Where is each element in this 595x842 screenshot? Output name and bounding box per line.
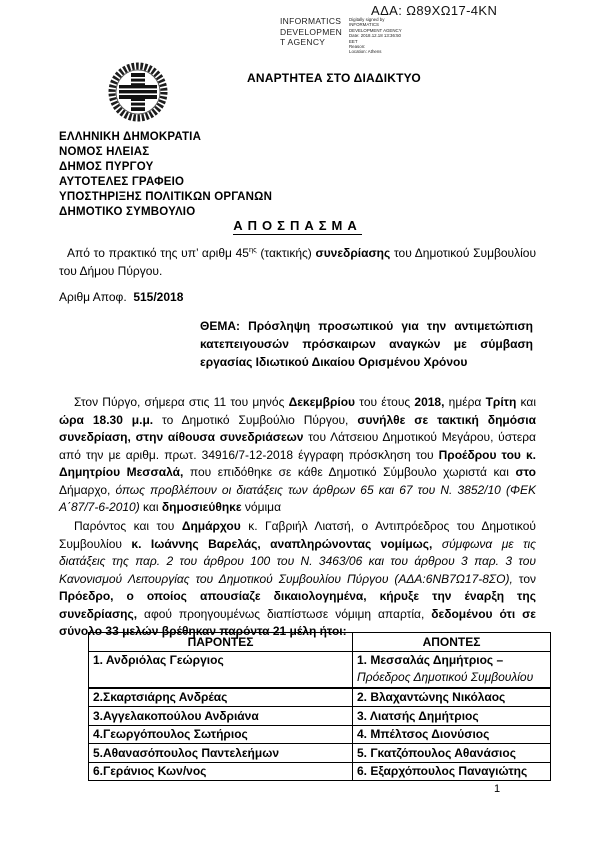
table-row: 6.Γεράνιος Κων/νος 6. Εξαρχόπουλος Παναγ… — [89, 762, 551, 781]
absent-member-cell: 1. Μεσσαλάς Δημήτριος – Πρόεδρος Δημοτικ… — [353, 651, 551, 688]
absent-member-cell: 3. Λιατσής Δημήτριος — [353, 707, 551, 726]
posted-online-notice: ΑΝΑΡΤΗΤΕΑ ΣΤΟ ΔΙΑΔΙΚΤΥΟ — [247, 71, 421, 85]
document-page: ΑΔΑ: Ω89ΧΩ17-4ΚΝ INFORMATICS DEVELOPMEN … — [0, 0, 595, 842]
present-column-header: ΠΑΡΟΝΤΕΣ — [89, 633, 353, 652]
body-paragraph-2: Παρόντος και του Δημάρχου κ. Γαβριήλ Λια… — [59, 518, 536, 641]
absent-member-cell: 2. Βλαχαντώνης Νικόλαος — [353, 688, 551, 707]
greek-coat-of-arms-icon — [108, 60, 168, 124]
authority-line: ΔΗΜΟΣ ΠΥΡΓΟΥ — [59, 160, 272, 175]
absent-member-cell: 6. Εξαρχόπουλος Παναγιώτης — [353, 762, 551, 781]
stamp-signature-details: Digitally signed by INFORMATICS DEVELOPM… — [349, 17, 429, 55]
document-title-wrap: ΑΠΟΣΠΑΣΜΑ — [0, 217, 595, 235]
present-member-cell: 6.Γεράνιος Κων/νος — [89, 762, 353, 781]
present-member-cell: 5.Αθανασόπουλος Παντελεήμων — [89, 744, 353, 763]
authority-line: ΑΥΤΟΤΕΛΕΣ ΓΡΑΦΕΙΟ — [59, 175, 272, 190]
table-row: 2.Σκαρτσιάρης Ανδρέας 2. Βλαχαντώνης Νικ… — [89, 688, 551, 707]
present-member-cell: 2.Σκαρτσιάρης Ανδρέας — [89, 688, 353, 707]
stamp-agency-line: INFORMATICS — [280, 16, 350, 27]
table-row: 5.Αθανασόπουλος Παντελεήμων 5. Γκατζόπου… — [89, 744, 551, 763]
stamp-agency-line: T AGENCY — [280, 37, 350, 48]
subject-paragraph: ΘΕΜΑ: Πρόσληψη προσωπικού για την αντιμε… — [200, 317, 533, 371]
digital-signature-stamp: INFORMATICS DEVELOPMEN T AGENCY — [280, 16, 350, 48]
authority-line: ΝΟΜΟΣ ΗΛΕΙΑΣ — [59, 145, 272, 160]
page-number: 1 — [494, 783, 500, 795]
table-row: 1. Ανδριόλας Γεώργιος 1. Μεσσαλάς Δημήτρ… — [89, 651, 551, 688]
issuing-authority-block: ΕΛΛΗΝΙΚΗ ΔΗΜΟΚΡΑΤΙΑ ΝΟΜΟΣ ΗΛΕΙΑΣ ΔΗΜΟΣ Π… — [59, 130, 272, 220]
attendance-table: ΠΑΡΟΝΤΕΣ ΑΠΟΝΤΕΣ 1. Ανδριόλας Γεώργιος 1… — [88, 632, 551, 781]
table-row: 4.Γεωργόπουλος Σωτήριος 4. Μπέλτσος Διον… — [89, 725, 551, 744]
absent-member-cell: 5. Γκατζόπουλος Αθανάσιος — [353, 744, 551, 763]
document-title: ΑΠΟΣΠΑΣΜΑ — [233, 218, 361, 235]
absent-member-cell: 4. Μπέλτσος Διονύσιος — [353, 725, 551, 744]
table-header-row: ΠΑΡΟΝΤΕΣ ΑΠΟΝΤΕΣ — [89, 633, 551, 652]
stamp-agency-line: DEVELOPMEN — [280, 27, 350, 38]
body-paragraph-1: Στον Πύργο, σήμερα στις 11 του μηνός Δεκ… — [59, 394, 536, 517]
intro-paragraph: Από το πρακτικό της υπ’ αριθμ 45ης (τακτ… — [59, 245, 536, 280]
absent-column-header: ΑΠΟΝΤΕΣ — [353, 633, 551, 652]
authority-line: ΥΠΟΣΤΗΡΙΞΗΣ ΠΟΛΙΤΙΚΩΝ ΟΡΓΑΝΩΝ — [59, 190, 272, 205]
decision-number: Αριθμ Αποφ. 515/2018 — [59, 289, 536, 307]
present-member-cell: 4.Γεωργόπουλος Σωτήριος — [89, 725, 353, 744]
table-row: 3.Αγγελακοπούλου Ανδριάνα 3. Λιατσής Δημ… — [89, 707, 551, 726]
present-member-cell: 1. Ανδριόλας Γεώργιος — [89, 651, 353, 688]
present-member-cell: 3.Αγγελακοπούλου Ανδριάνα — [89, 707, 353, 726]
authority-line: ΕΛΛΗΝΙΚΗ ΔΗΜΟΚΡΑΤΙΑ — [59, 130, 272, 145]
ada-code: ΑΔΑ: Ω89ΧΩ17-4ΚΝ — [371, 3, 497, 18]
